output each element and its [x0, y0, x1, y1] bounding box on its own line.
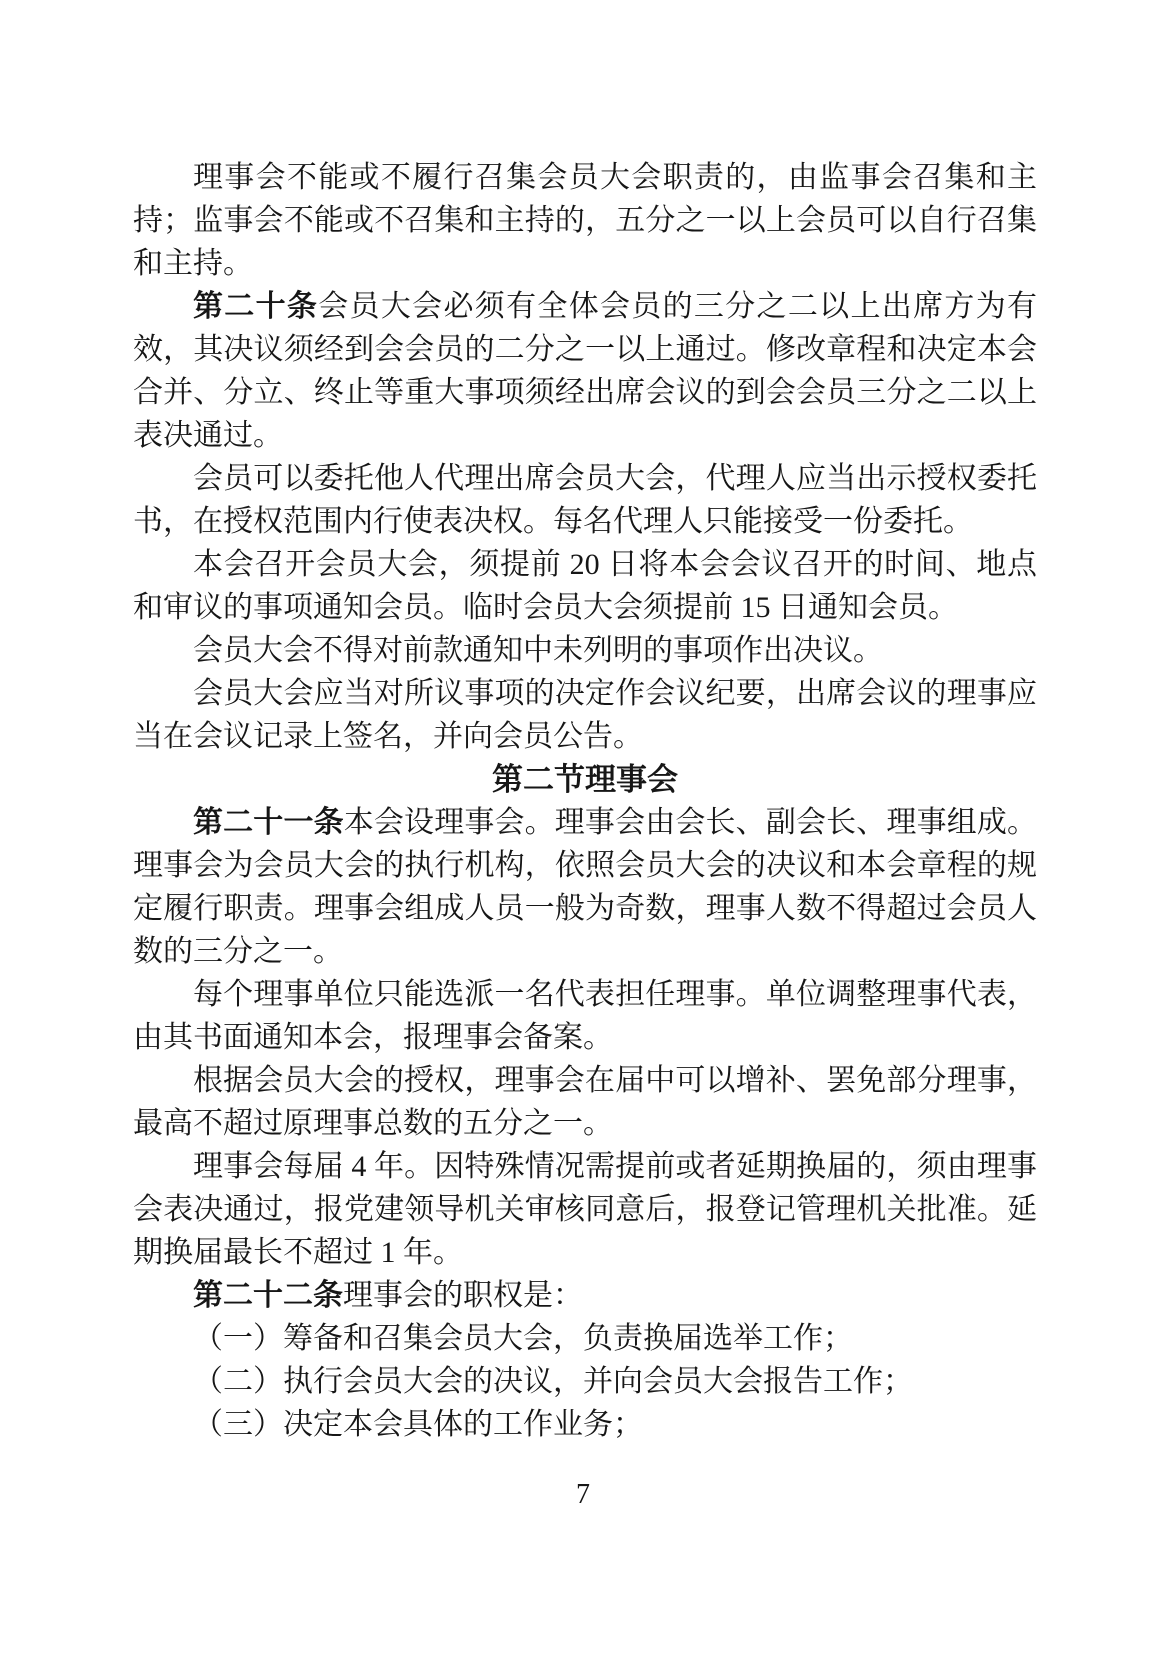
list-item: （一）筹备和召集会员大会，负责换届选举工作；: [133, 1317, 1037, 1360]
paragraph: 理事会每届 4 年。因特殊情况需提前或者延期换届的，须由理事会表决通过，报党建领…: [133, 1145, 1037, 1274]
paragraph: 第二十条会员大会必须有全体会员的三分之二以上出席方为有效，其决议须经到会会员的二…: [133, 285, 1037, 457]
paragraph: 第二十一条本会设理事会。理事会由会长、副会长、理事组成。理事会为会员大会的执行机…: [133, 801, 1037, 973]
paragraph: 会员大会不得对前款通知中未列明的事项作出决议。: [133, 629, 1037, 672]
article-number: 第二十二条: [193, 1279, 343, 1312]
paragraph: 会员可以委托他人代理出席会员大会，代理人应当出示授权委托书，在授权范围内行使表决…: [133, 457, 1037, 543]
list-item: （三）决定本会具体的工作业务；: [133, 1403, 1037, 1446]
paragraph: 理事会不能或不履行召集会员大会职责的，由监事会召集和主持；监事会不能或不召集和主…: [133, 156, 1037, 285]
section-heading: 第二节理事会: [133, 758, 1037, 801]
article-number: 第二十条: [193, 290, 318, 323]
article-number: 第二十一条: [193, 806, 344, 839]
paragraph-text: 理事会的职权是：: [343, 1279, 583, 1312]
document-body: 理事会不能或不履行召集会员大会职责的，由监事会召集和主持；监事会不能或不召集和主…: [133, 156, 1037, 1446]
paragraph: 会员大会应当对所议事项的决定作会议纪要，出席会议的理事应当在会议记录上签名，并向…: [133, 672, 1037, 758]
paragraph: 每个理事单位只能选派一名代表担任理事。单位调整理事代表，由其书面通知本会，报理事…: [133, 973, 1037, 1059]
list-item: （二）执行会员大会的决议，并向会员大会报告工作；: [133, 1360, 1037, 1403]
document-page: 理事会不能或不履行召集会员大会职责的，由监事会召集和主持；监事会不能或不召集和主…: [0, 0, 1166, 1654]
page-number: 7: [0, 1478, 1166, 1512]
paragraph: 根据会员大会的授权，理事会在届中可以增补、罢免部分理事，最高不超过原理事总数的五…: [133, 1059, 1037, 1145]
paragraph: 第二十二条理事会的职权是：: [133, 1274, 1037, 1317]
paragraph: 本会召开会员大会，须提前 20 日将本会会议召开的时间、地点和审议的事项通知会员…: [133, 543, 1037, 629]
